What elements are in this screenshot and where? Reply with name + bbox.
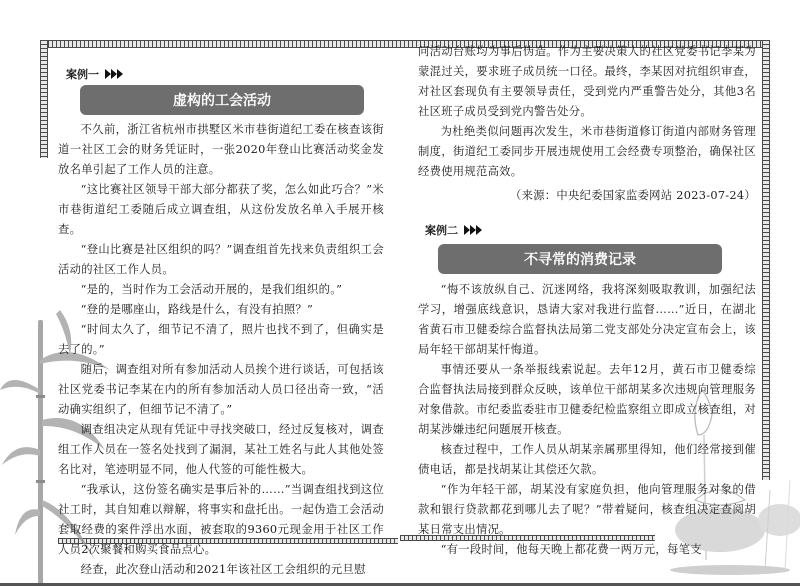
triple-arrow-icon	[105, 69, 123, 79]
case-1-label-text: 案例一	[66, 66, 99, 82]
case-1-title: 虚构的工会活动	[173, 90, 271, 110]
paragraph: “时间太久了，细节记不清了，照片也找不到了，但确实是去了的。”	[58, 320, 384, 360]
paragraph: “是的，当时作为工会活动开展的，是我们组织的。”	[58, 280, 384, 300]
paragraph: 为杜绝类似问题再次发生，米市巷街道修订街道内部财务管理制度，街道纪工委同步开展违…	[418, 122, 756, 182]
case-2-title: 不寻常的消费记录	[524, 249, 636, 269]
left-decorative-border	[40, 40, 48, 158]
paragraph: 核查过程中，工作人员从胡某亲属那里得知，他们经常接到催债电话，都是找胡某让其偿还…	[418, 440, 756, 480]
paragraph: “有一段时间，他每天晚上都花费一两万元，每笔支	[418, 540, 756, 560]
case-2-label: 案例二	[425, 222, 482, 238]
paragraph: “这比赛社区领导干部大部分都获了奖，怎么如此巧合？”米市巷街道纪工委随后成立调查…	[58, 180, 384, 240]
case-1-body-left: 不久前，浙江省杭州市拱墅区米市巷街道纪工委在核查该街道一社区工会的财务凭证时，一…	[58, 120, 384, 580]
paragraph: 事情还要从一条举报线索说起。去年12月，黄石市卫健委综合监督执法局接到群众反映，…	[418, 360, 756, 440]
paragraph: 调查组决定从现有凭证中寻找突破口，经过反复核对，调查组工作人员在一签名处找到了漏…	[58, 420, 384, 480]
case-2-body: “悔不该放纵自己、沉迷网络，我将深刻吸取教训，加强纪法学习，增强底线意识，恳请大…	[418, 280, 756, 560]
paragraph: 不久前，浙江省杭州市拱墅区米市巷街道纪工委在核查该街道一社区工会的财务凭证时，一…	[58, 120, 384, 180]
paragraph: “我承认，这份签名确实是事后补的……”当调查组找到这位社工时，其自知难以辩解，将…	[58, 480, 384, 560]
paragraph: “作为年轻干部，胡某没有家庭负担，他向管理服务对象的借款和银行贷款都花到哪儿去了…	[418, 480, 756, 540]
case-1-label: 案例一	[66, 66, 123, 82]
magazine-page: 案例一 虚构的工会活动 不久前，浙江省杭州市拱墅区米市巷街道纪工委在核查该街道一…	[0, 0, 800, 586]
paragraph: 随后，调查组对所有参加活动人员挨个进行谈话，可包括该社区党委书记李某在内的所有参…	[58, 360, 384, 420]
paragraph: “登山比赛是社区组织的吗？”调查组首先找来负责组织工会活动的社区工作人员。	[58, 240, 384, 280]
case-2-title-bar: 不寻常的消费记录	[438, 244, 722, 274]
case-1-title-bar: 虚构的工会活动	[80, 85, 364, 115]
triple-arrow-icon	[464, 225, 482, 235]
paragraph: “悔不该放纵自己、沉迷网络，我将深刻吸取教训，加强纪法学习，增强底线意识，恳请大…	[418, 280, 756, 360]
paragraph: 经查，此次登山活动和2021年该社区工会组织的元旦慰	[58, 560, 384, 580]
source-citation: （来源：中央纪委国家监委网站 2023-07-24）	[418, 186, 756, 206]
paragraph-continued: 问活动台账均为事后伪造。作为主要决策人的社区党委书记李某为蒙混过关，要求班子成员…	[418, 42, 756, 122]
paragraph: “登的是哪座山，路线是什么，有没有拍照？”	[58, 300, 384, 320]
case-1-body-right: 问活动台账均为事后伪造。作为主要决策人的社区党委书记李某为蒙混过关，要求班子成员…	[418, 42, 756, 206]
case-2-label-text: 案例二	[425, 222, 458, 238]
